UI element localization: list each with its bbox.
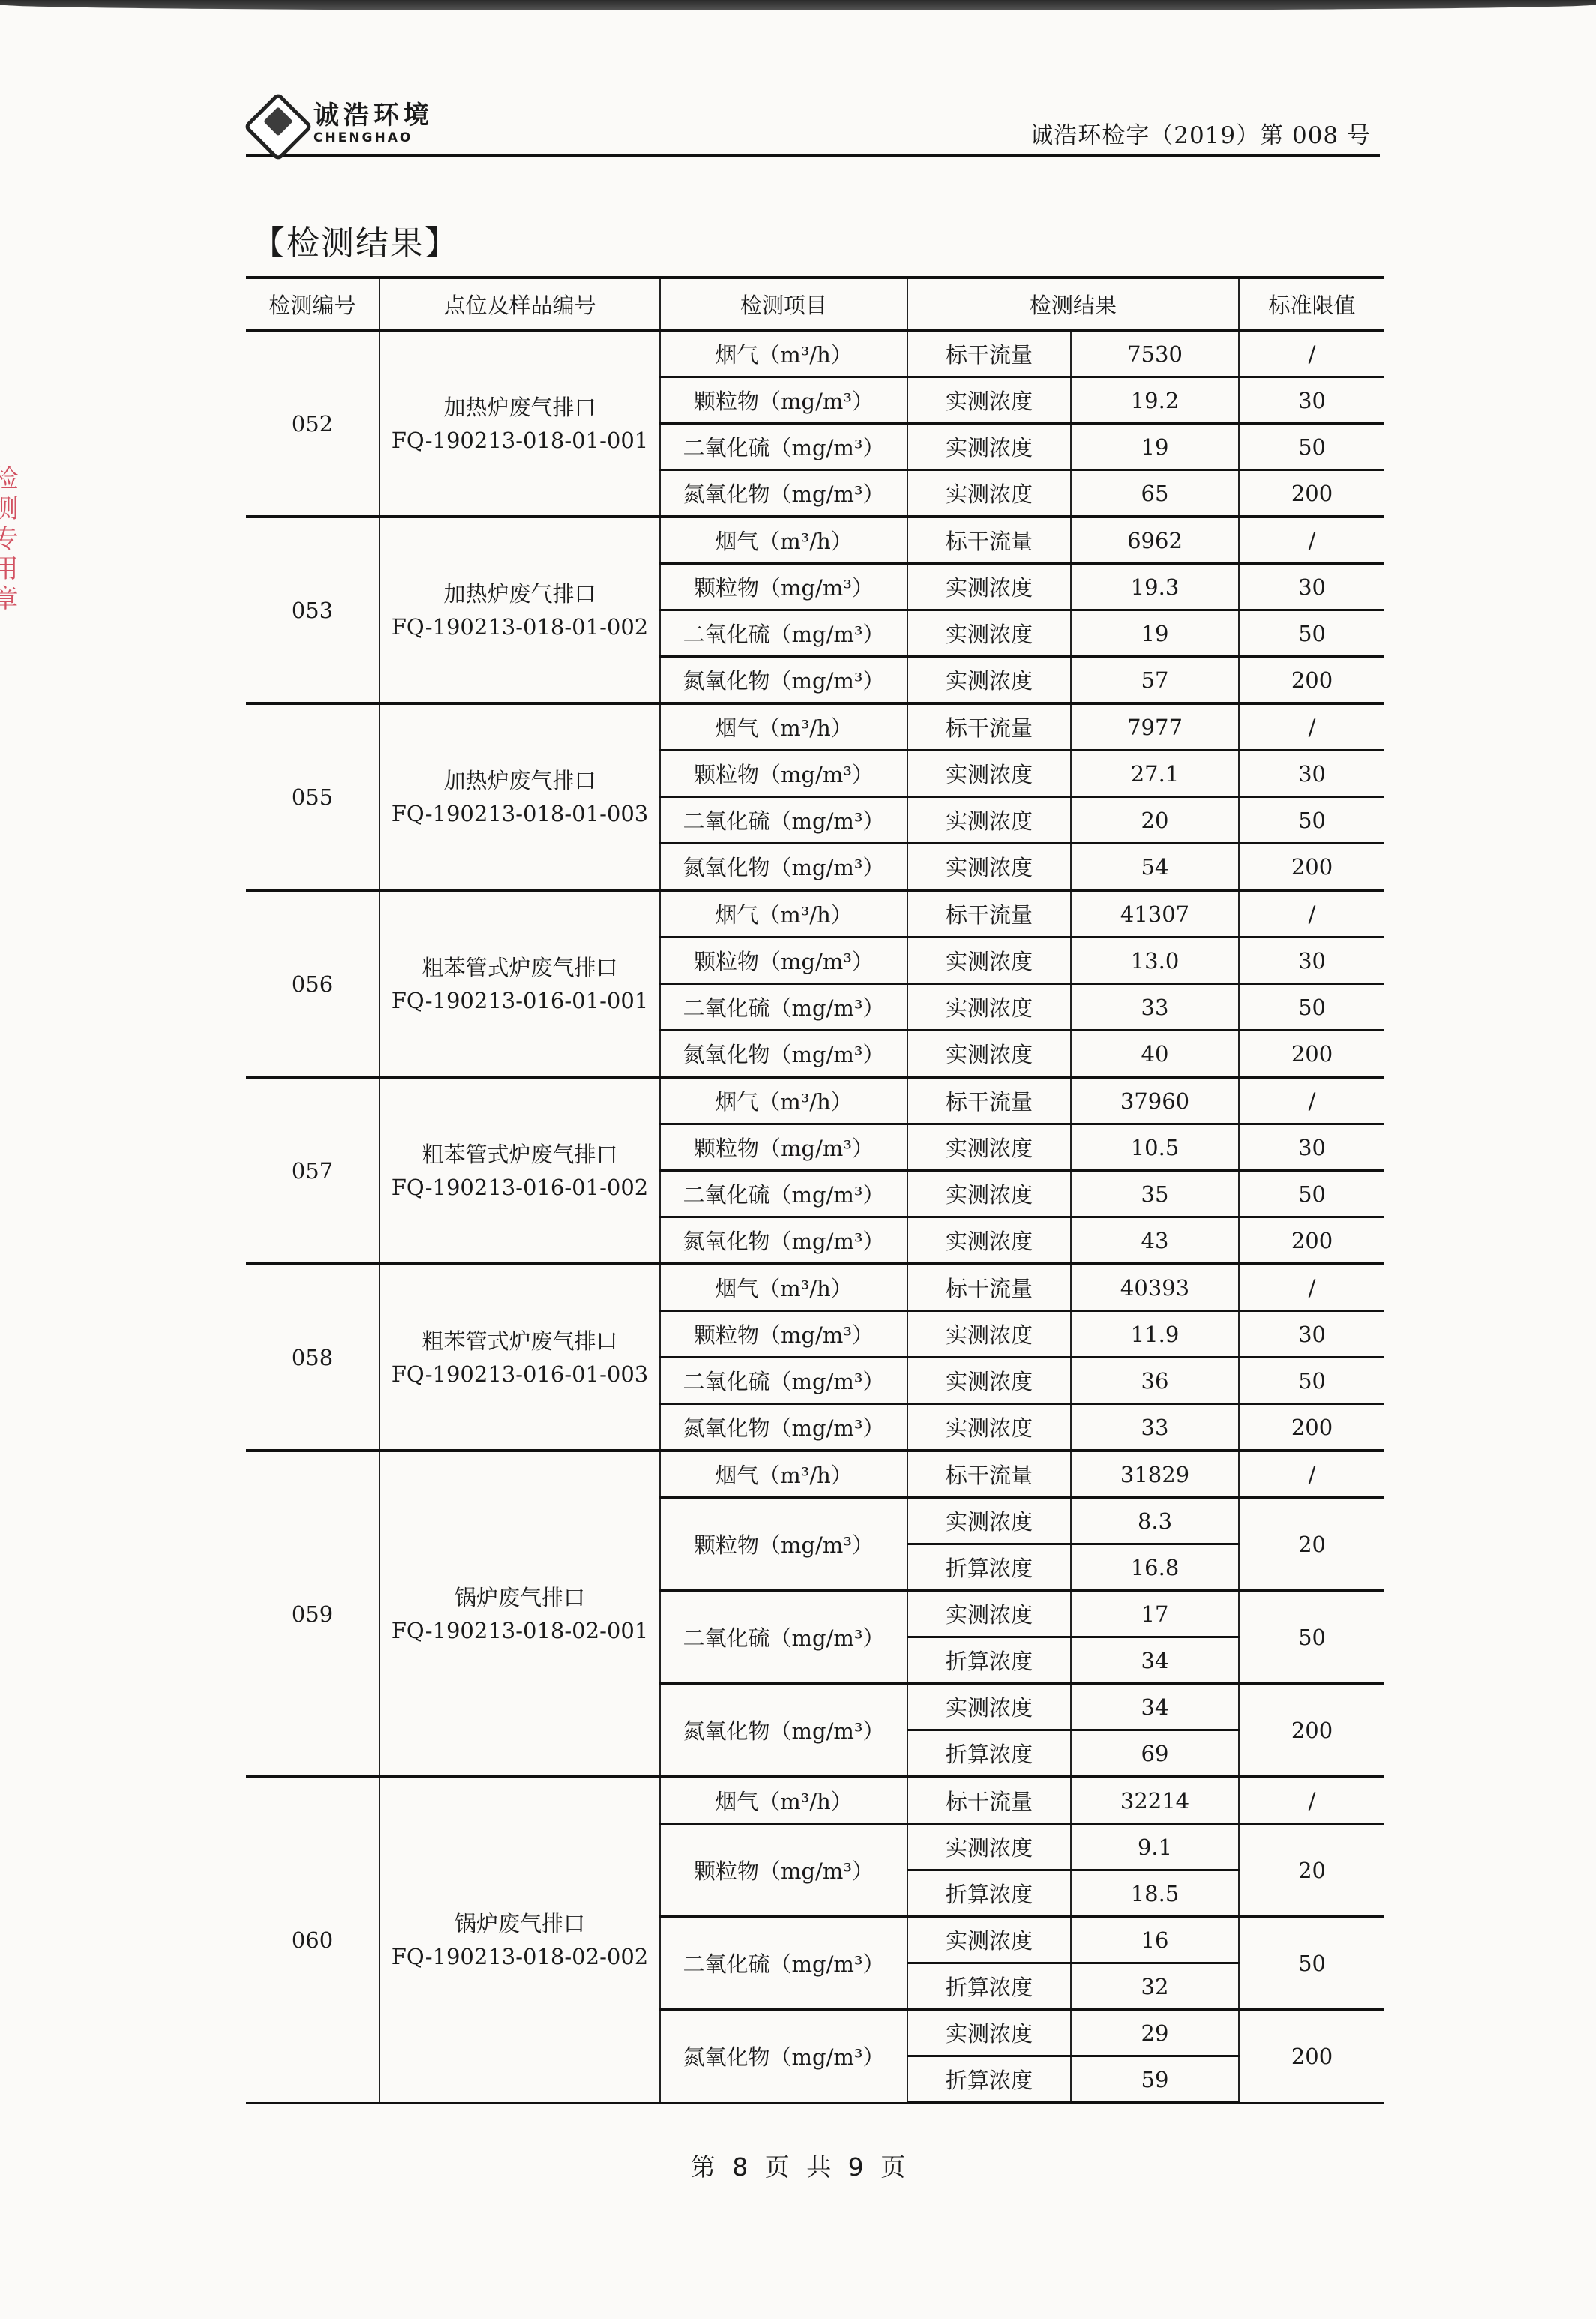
limit-cell: 30 (1239, 751, 1384, 797)
col-header-item: 检测项目 (660, 277, 907, 330)
result-value-cell: 41307 (1071, 890, 1239, 937)
logo-english-name: CHENGHAO (313, 130, 433, 145)
item-cell: 烟气（m³/h） (660, 1077, 907, 1124)
result-value-cell: 37960 (1071, 1077, 1239, 1124)
result-value-cell: 16.8 (1071, 1544, 1239, 1591)
result-value-cell: 19 (1071, 424, 1239, 470)
result-value-cell: 10.5 (1071, 1124, 1239, 1171)
item-cell: 二氧化硫（mg/m³） (660, 1591, 907, 1684)
limit-cell: / (1239, 330, 1384, 377)
result-value-cell: 8.3 (1071, 1498, 1239, 1544)
sample-id: FQ-190213-016-01-001 (380, 984, 659, 1017)
result-type-cell: 实测浓度 (907, 1824, 1071, 1870)
result-type-cell: 实测浓度 (907, 657, 1071, 704)
location-cell: 粗苯管式炉废气排口FQ-190213-016-01-001 (379, 890, 660, 1077)
location-name: 锅炉废气排口 (380, 1581, 659, 1614)
limit-cell: 50 (1239, 1917, 1384, 2010)
limit-cell: / (1239, 1264, 1384, 1311)
table-row: 055加热炉废气排口FQ-190213-018-01-003烟气（m³/h）标干… (246, 703, 1384, 751)
result-value-cell: 33 (1071, 984, 1239, 1030)
item-cell: 颗粒物（mg/m³） (660, 564, 907, 610)
result-type-cell: 折算浓度 (907, 1870, 1071, 1917)
item-cell: 烟气（m³/h） (660, 1450, 907, 1498)
result-type-cell: 实测浓度 (907, 1591, 1071, 1637)
result-value-cell: 33 (1071, 1404, 1239, 1451)
item-cell: 二氧化硫（mg/m³） (660, 610, 907, 657)
location-cell: 加热炉废气排口FQ-190213-018-01-001 (379, 330, 660, 517)
result-type-cell: 标干流量 (907, 1264, 1071, 1311)
item-cell: 颗粒物（mg/m³） (660, 377, 907, 424)
result-type-cell: 实测浓度 (907, 2010, 1071, 2056)
test-id-cell: 059 (246, 1450, 379, 1777)
result-type-cell: 实测浓度 (907, 1124, 1071, 1171)
item-cell: 二氧化硫（mg/m³） (660, 1357, 907, 1404)
limit-cell: 50 (1239, 1171, 1384, 1217)
result-type-cell: 实测浓度 (907, 564, 1071, 610)
result-value-cell: 59 (1071, 2056, 1239, 2104)
test-id-cell: 052 (246, 330, 379, 517)
item-cell: 氮氧化物（mg/m³） (660, 1404, 907, 1451)
table-row: 057粗苯管式炉废气排口FQ-190213-016-01-002烟气（m³/h）… (246, 1077, 1384, 1124)
limit-cell: 30 (1239, 377, 1384, 424)
item-cell: 氮氧化物（mg/m³） (660, 1030, 907, 1078)
limit-cell: 50 (1239, 1357, 1384, 1404)
item-cell: 颗粒物（mg/m³） (660, 937, 907, 984)
item-cell: 氮氧化物（mg/m³） (660, 1684, 907, 1777)
result-value-cell: 57 (1071, 657, 1239, 704)
logo-chinese-name: 诚浩环境 (313, 100, 433, 130)
test-id-cell: 053 (246, 517, 379, 703)
result-type-cell: 实测浓度 (907, 470, 1071, 517)
company-logo: 诚浩环境 CHENGHAO (246, 94, 433, 151)
limit-cell: 30 (1239, 1124, 1384, 1171)
location-name: 加热炉废气排口 (380, 764, 659, 797)
result-value-cell: 19 (1071, 610, 1239, 657)
section-title: 【检测结果】 (252, 216, 459, 264)
limit-cell: / (1239, 1077, 1384, 1124)
result-value-cell: 9.1 (1071, 1824, 1239, 1870)
item-cell: 烟气（m³/h） (660, 703, 907, 751)
result-value-cell: 43 (1071, 1217, 1239, 1264)
location-name: 粗苯管式炉废气排口 (380, 1324, 659, 1357)
table-row: 056粗苯管式炉废气排口FQ-190213-016-01-001烟气（m³/h）… (246, 890, 1384, 937)
result-type-cell: 标干流量 (907, 703, 1071, 751)
location-cell: 粗苯管式炉废气排口FQ-190213-016-01-002 (379, 1077, 660, 1264)
limit-cell: 20 (1239, 1498, 1384, 1591)
result-type-cell: 折算浓度 (907, 1637, 1071, 1684)
item-cell: 氮氧化物（mg/m³） (660, 1217, 907, 1264)
result-value-cell: 13.0 (1071, 937, 1239, 984)
table-header-row: 检测编号 点位及样品编号 检测项目 检测结果 标准限值 (246, 277, 1384, 330)
test-id-cell: 058 (246, 1264, 379, 1450)
limit-cell: 30 (1239, 1311, 1384, 1357)
page-header: 诚浩环境 CHENGHAO 诚浩环检字（2019）第 008 号 (246, 90, 1380, 157)
result-type-cell: 标干流量 (907, 517, 1071, 564)
item-cell: 颗粒物（mg/m³） (660, 751, 907, 797)
test-id-cell: 060 (246, 1777, 379, 2103)
result-value-cell: 69 (1071, 1730, 1239, 1777)
result-value-cell: 18.5 (1071, 1870, 1239, 1917)
item-cell: 烟气（m³/h） (660, 330, 907, 377)
location-cell: 粗苯管式炉废气排口FQ-190213-016-01-003 (379, 1264, 660, 1450)
limit-cell: 200 (1239, 1404, 1384, 1451)
test-id-cell: 057 (246, 1077, 379, 1264)
test-id-cell: 056 (246, 890, 379, 1077)
item-cell: 二氧化硫（mg/m³） (660, 1171, 907, 1217)
sample-id: FQ-190213-018-02-001 (380, 1614, 659, 1647)
limit-cell: 50 (1239, 424, 1384, 470)
result-value-cell: 17 (1071, 1591, 1239, 1637)
result-type-cell: 实测浓度 (907, 1171, 1071, 1217)
col-header-location: 点位及样品编号 (379, 277, 660, 330)
limit-cell: 200 (1239, 470, 1384, 517)
red-seal-stamp: 检测专用章 (0, 465, 33, 750)
result-type-cell: 标干流量 (907, 1077, 1071, 1124)
location-name: 加热炉废气排口 (380, 577, 659, 610)
limit-cell: 200 (1239, 1030, 1384, 1078)
location-name: 粗苯管式炉废气排口 (380, 951, 659, 984)
limit-cell: 30 (1239, 937, 1384, 984)
limit-cell: 200 (1239, 1684, 1384, 1777)
result-value-cell: 65 (1071, 470, 1239, 517)
location-name: 粗苯管式炉废气排口 (380, 1138, 659, 1171)
result-value-cell: 34 (1071, 1637, 1239, 1684)
result-type-cell: 实测浓度 (907, 377, 1071, 424)
document-number: 诚浩环检字（2019）第 008 号 (1030, 116, 1371, 150)
table-row: 059锅炉废气排口FQ-190213-018-02-001烟气（m³/h）标干流… (246, 1450, 1384, 1498)
result-value-cell: 20 (1071, 797, 1239, 844)
test-id-cell: 055 (246, 703, 379, 890)
results-body: 052加热炉废气排口FQ-190213-018-01-001烟气（m³/h）标干… (246, 330, 1384, 2103)
result-value-cell: 16 (1071, 1917, 1239, 1963)
result-type-cell: 折算浓度 (907, 2056, 1071, 2104)
result-type-cell: 标干流量 (907, 890, 1071, 937)
limit-cell: 200 (1239, 2010, 1384, 2104)
result-type-cell: 实测浓度 (907, 1030, 1071, 1078)
sample-id: FQ-190213-018-01-001 (380, 424, 659, 457)
result-type-cell: 实测浓度 (907, 1311, 1071, 1357)
result-type-cell: 实测浓度 (907, 1917, 1071, 1963)
item-cell: 颗粒物（mg/m³） (660, 1824, 907, 1917)
scan-top-edge (0, 0, 1596, 10)
result-value-cell: 29 (1071, 2010, 1239, 2056)
sample-id: FQ-190213-018-01-002 (380, 610, 659, 643)
limit-cell: 50 (1239, 984, 1384, 1030)
col-header-limit: 标准限值 (1239, 277, 1384, 330)
limit-cell: 20 (1239, 1824, 1384, 1917)
result-type-cell: 实测浓度 (907, 1498, 1071, 1544)
result-type-cell: 标干流量 (907, 1450, 1071, 1498)
result-type-cell: 实测浓度 (907, 984, 1071, 1030)
results-table: 检测编号 点位及样品编号 检测项目 检测结果 标准限值 052加热炉废气排口FQ… (246, 276, 1384, 2104)
result-value-cell: 32214 (1071, 1777, 1239, 1824)
result-value-cell: 6962 (1071, 517, 1239, 564)
location-cell: 加热炉废气排口FQ-190213-018-01-003 (379, 703, 660, 890)
result-type-cell: 实测浓度 (907, 610, 1071, 657)
result-type-cell: 标干流量 (907, 330, 1071, 377)
result-value-cell: 31829 (1071, 1450, 1239, 1498)
sample-id: FQ-190213-018-02-002 (380, 1940, 659, 1973)
col-header-test-id: 检测编号 (246, 277, 379, 330)
item-cell: 氮氧化物（mg/m³） (660, 844, 907, 891)
result-value-cell: 32 (1071, 1963, 1239, 2010)
item-cell: 二氧化硫（mg/m³） (660, 797, 907, 844)
result-type-cell: 折算浓度 (907, 1963, 1071, 2010)
limit-cell: 50 (1239, 610, 1384, 657)
location-name: 锅炉废气排口 (380, 1907, 659, 1940)
result-value-cell: 19.3 (1071, 564, 1239, 610)
page-indicator: 第 8 页 共 9 页 (0, 2148, 1596, 2183)
result-type-cell: 实测浓度 (907, 937, 1071, 984)
limit-cell: / (1239, 517, 1384, 564)
location-cell: 锅炉废气排口FQ-190213-018-02-002 (379, 1777, 660, 2103)
item-cell: 烟气（m³/h） (660, 517, 907, 564)
limit-cell: 200 (1239, 1217, 1384, 1264)
result-value-cell: 40393 (1071, 1264, 1239, 1311)
result-value-cell: 54 (1071, 844, 1239, 891)
result-value-cell: 7977 (1071, 703, 1239, 751)
table-row: 052加热炉废气排口FQ-190213-018-01-001烟气（m³/h）标干… (246, 330, 1384, 377)
result-type-cell: 实测浓度 (907, 1217, 1071, 1264)
item-cell: 氮氧化物（mg/m³） (660, 2010, 907, 2104)
limit-cell: 200 (1239, 844, 1384, 891)
table-row: 053加热炉废气排口FQ-190213-018-01-002烟气（m³/h）标干… (246, 517, 1384, 564)
location-name: 加热炉废气排口 (380, 391, 659, 424)
limit-cell: / (1239, 1450, 1384, 1498)
result-type-cell: 实测浓度 (907, 1404, 1071, 1451)
table-row: 060锅炉废气排口FQ-190213-018-02-002烟气（m³/h）标干流… (246, 1777, 1384, 1824)
item-cell: 烟气（m³/h） (660, 1264, 907, 1311)
limit-cell: 50 (1239, 797, 1384, 844)
item-cell: 二氧化硫（mg/m³） (660, 1917, 907, 2010)
location-cell: 加热炉废气排口FQ-190213-018-01-002 (379, 517, 660, 703)
location-cell: 锅炉废气排口FQ-190213-018-02-001 (379, 1450, 660, 1777)
item-cell: 氮氧化物（mg/m³） (660, 470, 907, 517)
col-header-result: 检测结果 (907, 277, 1239, 330)
result-type-cell: 实测浓度 (907, 424, 1071, 470)
result-value-cell: 19.2 (1071, 377, 1239, 424)
result-value-cell: 35 (1071, 1171, 1239, 1217)
result-type-cell: 实测浓度 (907, 797, 1071, 844)
result-value-cell: 7530 (1071, 330, 1239, 377)
sample-id: FQ-190213-016-01-002 (380, 1171, 659, 1204)
table-row: 058粗苯管式炉废气排口FQ-190213-016-01-003烟气（m³/h）… (246, 1264, 1384, 1311)
limit-cell: / (1239, 703, 1384, 751)
result-type-cell: 实测浓度 (907, 1684, 1071, 1730)
result-value-cell: 40 (1071, 1030, 1239, 1078)
result-type-cell: 折算浓度 (907, 1730, 1071, 1777)
item-cell: 氮氧化物（mg/m³） (660, 657, 907, 704)
result-value-cell: 27.1 (1071, 751, 1239, 797)
item-cell: 二氧化硫（mg/m³） (660, 424, 907, 470)
result-type-cell: 折算浓度 (907, 1544, 1071, 1591)
result-type-cell: 标干流量 (907, 1777, 1071, 1824)
result-value-cell: 11.9 (1071, 1311, 1239, 1357)
result-type-cell: 实测浓度 (907, 1357, 1071, 1404)
result-type-cell: 实测浓度 (907, 751, 1071, 797)
item-cell: 颗粒物（mg/m³） (660, 1311, 907, 1357)
item-cell: 烟气（m³/h） (660, 890, 907, 937)
limit-cell: 200 (1239, 657, 1384, 704)
sample-id: FQ-190213-018-01-003 (380, 797, 659, 830)
result-type-cell: 实测浓度 (907, 844, 1071, 891)
item-cell: 颗粒物（mg/m³） (660, 1124, 907, 1171)
limit-cell: 50 (1239, 1591, 1384, 1684)
limit-cell: / (1239, 890, 1384, 937)
item-cell: 颗粒物（mg/m³） (660, 1498, 907, 1591)
logo-diamond-icon (243, 91, 313, 161)
item-cell: 烟气（m³/h） (660, 1777, 907, 1824)
limit-cell: 30 (1239, 564, 1384, 610)
item-cell: 二氧化硫（mg/m³） (660, 984, 907, 1030)
limit-cell: / (1239, 1777, 1384, 1824)
result-value-cell: 34 (1071, 1684, 1239, 1730)
result-value-cell: 36 (1071, 1357, 1239, 1404)
sample-id: FQ-190213-016-01-003 (380, 1357, 659, 1390)
